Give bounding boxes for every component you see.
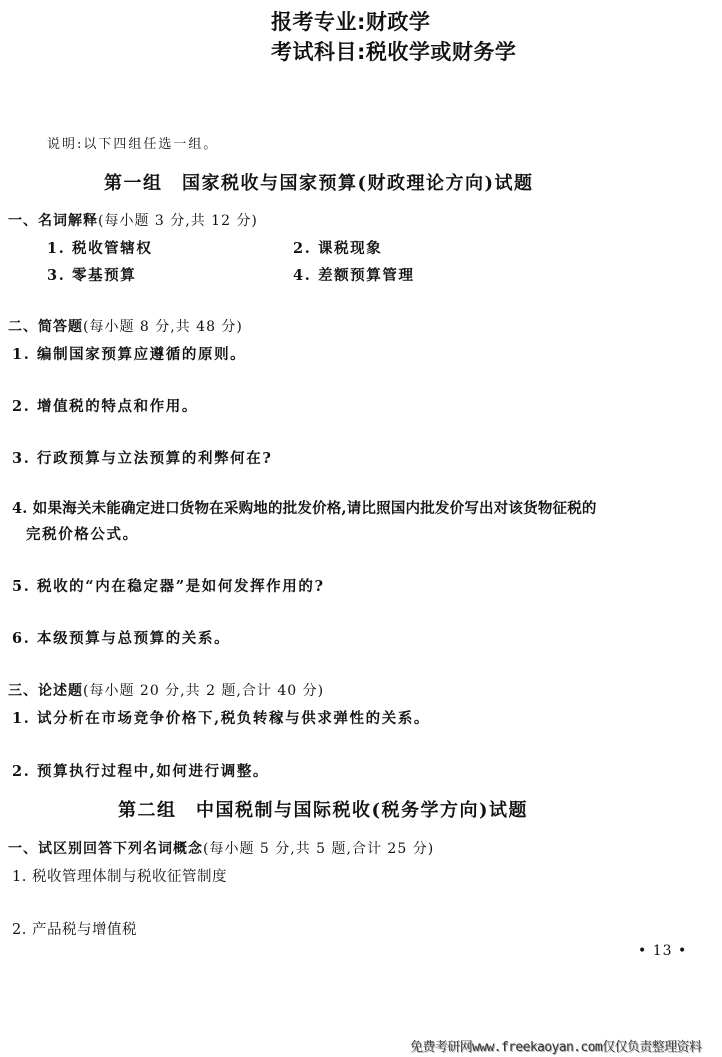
section-heading: 一、试区别回答下列名词概念(每小题 5 分,共 5 题,合计 25 分) <box>8 838 434 858</box>
term-item: 4. 差额预算管理 <box>293 264 415 285</box>
question-item: 2. 增值税的特点和作用。 <box>12 395 198 416</box>
section-heading: 三、论述题(每小题 20 分,共 2 题,合计 40 分) <box>8 680 324 700</box>
section-heading-label: 一、名词解释 <box>8 213 98 229</box>
question-item-continuation: 完税价格公式。 <box>26 523 139 544</box>
question-item: 1. 税收管理体制与税收征管制度 <box>12 865 227 886</box>
section-heading-label: 一、试区别回答下列名词概念 <box>8 841 203 857</box>
exam-major-line: 报考专业:财政学 <box>271 6 430 36</box>
term-item: 3. 零基预算 <box>47 264 136 285</box>
group-2-title: 第二组 中国税制与国际税收(税务学方向)试题 <box>118 796 528 822</box>
section-heading: 一、名词解释(每小题 3 分,共 12 分) <box>8 210 258 230</box>
term-item: 1. 税收管辖权 <box>47 237 153 258</box>
question-item: 6. 本级预算与总预算的关系。 <box>12 627 230 648</box>
question-item: 4. 如果海关未能确定进口货物在采购地的批发价格,请比照国内批发价写出对该货物征… <box>12 497 597 518</box>
section-heading-label: 三、论述题 <box>8 683 83 699</box>
section-heading: 二、简答题(每小题 8 分,共 48 分) <box>8 316 243 336</box>
section-scoring: (每小题 20 分,共 2 题,合计 40 分) <box>83 683 324 699</box>
section-scoring: (每小题 3 分,共 12 分) <box>98 213 258 229</box>
section-scoring: (每小题 5 分,共 5 题,合计 25 分) <box>203 841 434 857</box>
question-item: 2. 产品税与增值税 <box>12 918 137 939</box>
question-item: 2. 预算执行过程中,如何进行调整。 <box>12 760 269 781</box>
question-item: 1. 编制国家预算应遵循的原则。 <box>12 343 246 364</box>
watermark-text: 免费考研网www.freekaoyan.com仅仅负责整理资料 <box>410 1036 701 1055</box>
question-item: 3. 行政预算与立法预算的利弊何在? <box>12 447 272 468</box>
group-1-title: 第一组 国家税收与国家预算(财政理论方向)试题 <box>104 169 534 195</box>
question-item: 1. 试分析在市场竞争价格下,税负转稼与供求弹性的关系。 <box>12 707 430 728</box>
instructions-note: 说明:以下四组任选一组。 <box>47 133 218 152</box>
question-item: 5. 税收的“内在稳定器”是如何发挥作用的? <box>12 575 325 596</box>
term-item: 2. 课税现象 <box>293 237 382 258</box>
section-heading-label: 二、简答题 <box>8 319 83 335</box>
page-number: • 13 • <box>638 943 687 959</box>
exam-subject-line: 考试科目:税收学或财务学 <box>271 36 516 66</box>
section-scoring: (每小题 8 分,共 48 分) <box>83 319 243 335</box>
